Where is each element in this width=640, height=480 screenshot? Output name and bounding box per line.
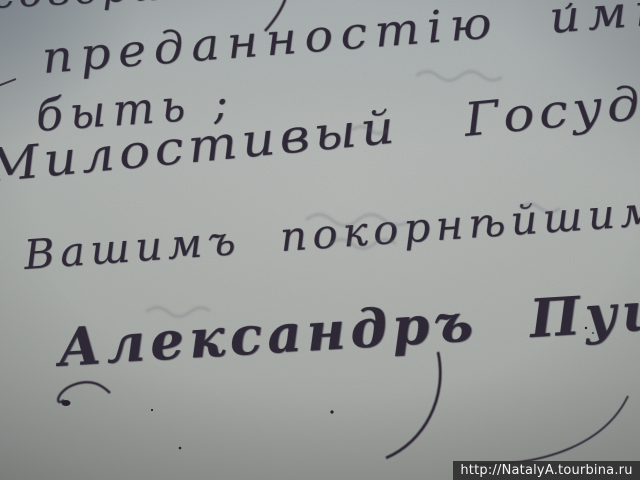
handwriting-signature: Александръ Пушкинъ <box>56 269 640 379</box>
watermark-url: http://NatalyA.tourbina.ru <box>460 463 632 478</box>
signature-paraph-descender <box>386 352 440 458</box>
handwriting-devotion-line: преданностію имѣю <box>40 0 640 84</box>
watermark-bar: http://NatalyA.tourbina.ru <box>453 461 640 480</box>
manuscript-photo: совершенною преданностію имѣю быть ; Мил… <box>0 0 640 480</box>
handwriting-salutation-line: Милостивый Государь <box>0 66 640 193</box>
handwriting-servant-line: Вашимъ покорнѣйшимъ слу <box>22 177 640 279</box>
signature-leadin-curl <box>58 382 110 402</box>
left-edge-dash <box>0 79 16 86</box>
signature-tail-flourish <box>476 396 628 464</box>
